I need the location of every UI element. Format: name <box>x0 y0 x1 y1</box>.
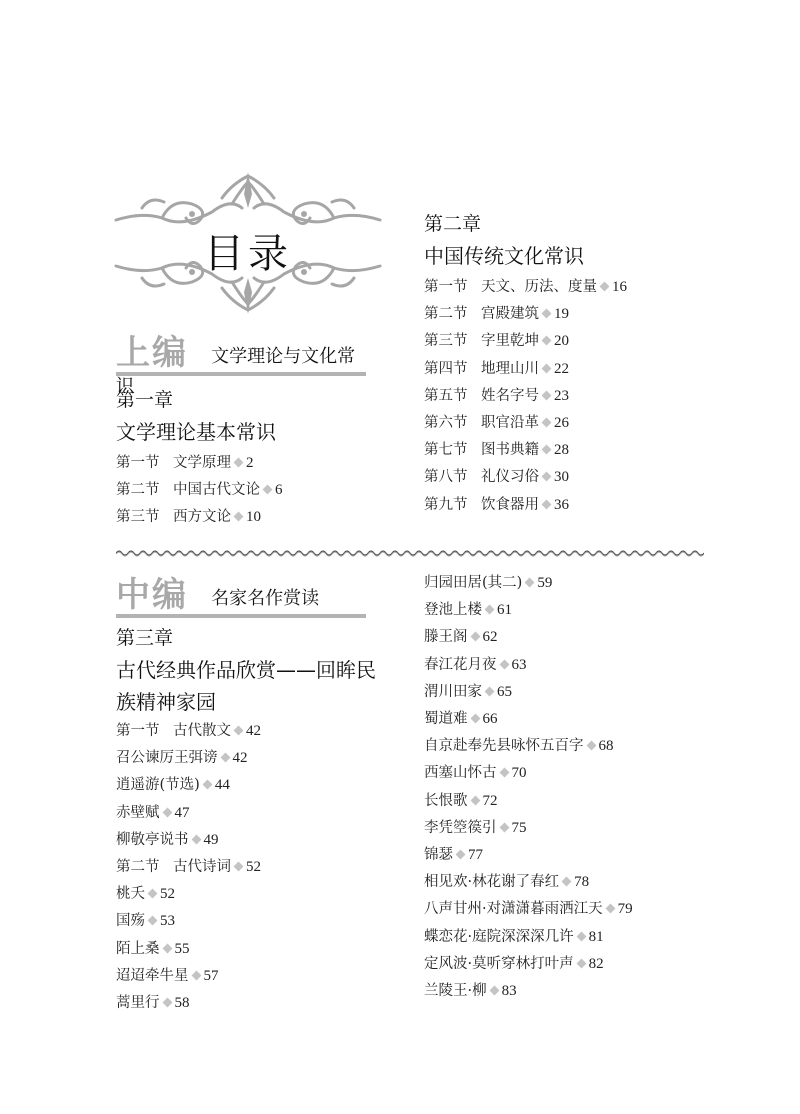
section-number: 第九节 <box>424 492 481 519</box>
page-number: 58 <box>175 995 190 1011</box>
toc-entry[interactable]: 归园田居(其二)59 <box>424 570 633 597</box>
diamond-icon <box>263 485 273 495</box>
diamond-icon <box>542 363 552 373</box>
section-number: 第三节 <box>424 328 481 355</box>
entry-title: 逍遥游(节选) <box>116 777 200 793</box>
entry-title: 天文、历法、度量 <box>481 279 597 295</box>
entry-title: 春江花月夜 <box>424 657 497 673</box>
section-number: 第七节 <box>424 437 481 464</box>
toc-entry[interactable]: 陌上桑55 <box>116 936 376 963</box>
toc-entry[interactable]: 第九节饮食器用36 <box>424 492 627 519</box>
page-number: 61 <box>497 602 512 618</box>
entry-title: 蜀道难 <box>424 711 468 727</box>
page-number: 57 <box>204 968 219 984</box>
toc-entry[interactable]: 第八节礼仪习俗30 <box>424 464 627 491</box>
toc-entry[interactable]: 第一节天文、历法、度量16 <box>424 274 627 301</box>
page-number: 81 <box>589 929 604 945</box>
entry-title: 定风波·莫听穿林打叶声 <box>424 956 574 972</box>
toc-entry[interactable]: 八声甘州·对潇潇暮雨洒江天79 <box>424 896 633 923</box>
toc-entry[interactable]: 蝶恋花·庭院深深深几许81 <box>424 924 633 951</box>
diamond-icon <box>542 418 552 428</box>
toc-entry[interactable]: 第四节地理山川22 <box>424 356 627 383</box>
entry-title: 饮食器用 <box>481 497 539 513</box>
toc-entry[interactable]: 自京赴奉先县咏怀五百字68 <box>424 733 633 760</box>
chapter-2: 第二章 中国传统文化常识 第一节天文、历法、度量16第二节宫殿建筑19第三节字里… <box>424 208 627 519</box>
page-number: 20 <box>554 333 569 349</box>
toc-entry[interactable]: 蜀道难66 <box>424 706 633 733</box>
page-number: 47 <box>175 805 190 821</box>
page-number: 78 <box>574 874 589 890</box>
toc-entry[interactable]: 第一节古代散文42 <box>116 718 376 745</box>
entry-title: 西塞山怀古 <box>424 765 497 781</box>
chapter-title-line2: 族精神家园 <box>116 686 376 718</box>
entry-title: 职官沿革 <box>481 415 539 431</box>
entry-title: 蝶恋花·庭院深深深几许 <box>424 929 574 945</box>
entry-title: 文学原理 <box>173 455 231 471</box>
section-number: 第八节 <box>424 464 481 491</box>
toc-entry[interactable]: 长恨歌72 <box>424 788 633 815</box>
entry-title: 国殇 <box>116 913 145 929</box>
part2-header: 中编 名家名作赏读 <box>116 576 366 618</box>
toc-entry[interactable]: 锦瑟77 <box>424 842 633 869</box>
entry-title: 锦瑟 <box>424 847 453 863</box>
chapter-title: 中国传统文化常识 <box>424 240 627 272</box>
diamond-icon <box>234 512 244 522</box>
chapter-number: 第一章 <box>116 384 283 416</box>
page-number: 28 <box>554 442 569 458</box>
entry-title: 李凭箜篌引 <box>424 820 497 836</box>
toc-entry[interactable]: 国殇53 <box>116 908 376 935</box>
section-number: 第二节 <box>116 477 173 504</box>
wavy-divider <box>116 548 704 558</box>
part1-header: 上编 文学理论与文化常识 <box>116 334 366 376</box>
chapter-title-line1: 古代经典作品欣赏——回眸民 <box>116 654 376 686</box>
entry-title: 滕王阁 <box>424 629 468 645</box>
section-number: 第六节 <box>424 410 481 437</box>
entry-title: 姓名字号 <box>481 388 539 404</box>
page-number: 66 <box>483 711 498 727</box>
diamond-icon <box>586 741 596 751</box>
toc-entry[interactable]: 召公谏厉王弭谤42 <box>116 745 376 772</box>
diamond-icon <box>470 632 480 642</box>
diamond-icon <box>470 795 480 805</box>
entry-title: 归园田居(其二) <box>424 575 522 591</box>
page-number: 26 <box>554 415 569 431</box>
entry-title: 迢迢牵牛星 <box>116 968 189 984</box>
diamond-icon <box>234 726 244 736</box>
diamond-icon <box>499 768 509 778</box>
toc-entry[interactable]: 李凭箜篌引75 <box>424 815 633 842</box>
diamond-icon <box>234 862 244 872</box>
diamond-icon <box>542 499 552 509</box>
section-number: 第五节 <box>424 383 481 410</box>
page-number: 53 <box>160 913 175 929</box>
entry-title: 古代散文 <box>173 723 231 739</box>
page-number: 30 <box>554 469 569 485</box>
section-number: 第一节 <box>424 274 481 301</box>
toc-entry[interactable]: 登池上楼61 <box>424 597 633 624</box>
section-number: 第四节 <box>424 356 481 383</box>
entry-title: 西方文论 <box>173 509 231 525</box>
diamond-icon <box>600 282 610 292</box>
diamond-icon <box>542 309 552 319</box>
diamond-icon <box>499 822 509 832</box>
page-number: 52 <box>160 886 175 902</box>
toc-title: 目录 <box>0 222 496 279</box>
page-number: 62 <box>483 629 498 645</box>
toc-entry[interactable]: 迢迢牵牛星57 <box>116 963 376 990</box>
entry-title: 中国古代文论 <box>173 482 260 498</box>
page-number: 72 <box>483 793 498 809</box>
toc-entry[interactable]: 第七节图书典籍28 <box>424 437 627 464</box>
diamond-icon <box>485 686 495 696</box>
section-number: 第二节 <box>424 301 481 328</box>
toc-entry[interactable]: 第二节中国古代文论6 <box>116 477 283 504</box>
page-number: 70 <box>512 765 527 781</box>
chapter-number: 第二章 <box>424 208 627 240</box>
entry-title: 礼仪习俗 <box>481 469 539 485</box>
section-number: 第二节 <box>116 854 173 881</box>
entry-title: 陌上桑 <box>116 941 160 957</box>
section-number: 第一节 <box>116 718 173 745</box>
diamond-icon <box>499 659 509 669</box>
page-number: 83 <box>502 983 517 999</box>
toc-entry[interactable]: 滕王阁62 <box>424 624 633 651</box>
toc-entry[interactable]: 第二节古代诗词52 <box>116 854 376 881</box>
diamond-icon <box>542 445 552 455</box>
page-number: 49 <box>204 832 219 848</box>
page-number: 75 <box>512 820 527 836</box>
entry-title: 图书典籍 <box>481 442 539 458</box>
page-number: 16 <box>612 279 627 295</box>
toc-entry[interactable]: 西塞山怀古70 <box>424 760 633 787</box>
diamond-icon <box>456 850 466 860</box>
toc-entry[interactable]: 第三节西方文论10 <box>116 504 283 531</box>
diamond-icon <box>148 889 158 899</box>
diamond-icon <box>162 943 172 953</box>
page-number: 42 <box>246 723 261 739</box>
entry-title: 渭川田家 <box>424 684 482 700</box>
entry-title: 赤壁赋 <box>116 805 160 821</box>
entry-title: 字里乾坤 <box>481 333 539 349</box>
page-number: 52 <box>246 859 261 875</box>
toc-entry[interactable]: 第二节宫殿建筑19 <box>424 301 627 328</box>
page-number: 10 <box>246 509 261 525</box>
diamond-icon <box>220 753 230 763</box>
chapter-number: 第三章 <box>116 622 376 654</box>
toc-entry[interactable]: 蒿里行58 <box>116 990 376 1017</box>
part1-label: 上编 <box>116 333 188 373</box>
toc-entry[interactable]: 兰陵王·柳83 <box>424 978 633 1005</box>
page-number: 19 <box>554 306 569 322</box>
page-number: 68 <box>599 738 614 754</box>
entry-title: 兰陵王·柳 <box>424 983 487 999</box>
chapter-title: 文学理论基本常识 <box>116 416 283 448</box>
page-number: 2 <box>246 455 254 471</box>
section-number: 第一节 <box>116 450 173 477</box>
entry-title: 地理山川 <box>481 361 539 377</box>
diamond-icon <box>562 877 572 887</box>
entry-title: 柳敬亭说书 <box>116 832 189 848</box>
diamond-icon <box>234 458 244 468</box>
diamond-icon <box>542 390 552 400</box>
toc-entry[interactable]: 赤壁赋47 <box>116 800 376 827</box>
entry-title: 登池上楼 <box>424 602 482 618</box>
entry-title: 相见欢·林花谢了春红 <box>424 874 559 890</box>
toc-entry[interactable]: 第六节职官沿革26 <box>424 410 627 437</box>
entry-title: 召公谏厉王弭谤 <box>116 750 218 766</box>
toc-entry[interactable]: 相见欢·林花谢了春红78 <box>424 869 633 896</box>
page-number: 42 <box>233 750 248 766</box>
page-number: 65 <box>497 684 512 700</box>
page-number: 23 <box>554 388 569 404</box>
toc-entry[interactable]: 第五节姓名字号23 <box>424 383 627 410</box>
entry-title: 古代诗词 <box>173 859 231 875</box>
diamond-icon <box>489 986 499 996</box>
diamond-icon <box>542 472 552 482</box>
page-number: 59 <box>537 575 552 591</box>
page-number: 36 <box>554 497 569 513</box>
page-number: 22 <box>554 361 569 377</box>
diamond-icon <box>576 931 586 941</box>
part2-label: 中编 <box>116 575 188 615</box>
toc-entry[interactable]: 春江花月夜63 <box>424 652 633 679</box>
diamond-icon <box>162 998 172 1008</box>
entry-title: 宫殿建筑 <box>481 306 539 322</box>
diamond-icon <box>542 336 552 346</box>
page-number: 44 <box>215 777 230 793</box>
toc-entry[interactable]: 逍遥游(节选)44 <box>116 772 376 799</box>
toc-entry[interactable]: 定风波·莫听穿林打叶声82 <box>424 951 633 978</box>
toc-entry[interactable]: 桃夭52 <box>116 881 376 908</box>
toc-entry[interactable]: 渭川田家65 <box>424 679 633 706</box>
entry-title: 八声甘州·对潇潇暮雨洒江天 <box>424 901 603 917</box>
chapter-1: 第一章 文学理论基本常识 第一节文学原理2第二节中国古代文论6第三节西方文论10 <box>116 384 283 532</box>
page-number: 55 <box>175 941 190 957</box>
diamond-icon <box>525 578 535 588</box>
diamond-icon <box>148 916 158 926</box>
page-number: 63 <box>512 657 527 673</box>
page-number: 6 <box>275 482 283 498</box>
entry-title: 自京赴奉先县咏怀五百字 <box>424 738 584 754</box>
diamond-icon <box>162 807 172 817</box>
diamond-icon <box>470 714 480 724</box>
toc-entry[interactable]: 柳敬亭说书49 <box>116 827 376 854</box>
diamond-icon <box>485 605 495 615</box>
diamond-icon <box>576 958 586 968</box>
entry-title: 桃夭 <box>116 886 145 902</box>
diamond-icon <box>202 780 212 790</box>
diamond-icon <box>191 970 201 980</box>
chapter-3: 第三章 古代经典作品欣赏——回眸民 族精神家园 第一节古代散文42召公谏厉王弭谤… <box>116 622 376 1017</box>
diamond-icon <box>605 904 615 914</box>
part2-subtitle: 名家名作赏读 <box>211 588 319 609</box>
toc-entry[interactable]: 第三节字里乾坤20 <box>424 328 627 355</box>
page-number: 79 <box>618 901 633 917</box>
page-number: 82 <box>589 956 604 972</box>
section-number: 第三节 <box>116 504 173 531</box>
entry-title: 长恨歌 <box>424 793 468 809</box>
chapter-3-continued: 归园田居(其二)59登池上楼61滕王阁62春江花月夜63渭川田家65蜀道难66自… <box>424 570 633 1005</box>
page-number: 77 <box>468 847 483 863</box>
entry-title: 蒿里行 <box>116 995 160 1011</box>
diamond-icon <box>191 834 201 844</box>
toc-entry[interactable]: 第一节文学原理2 <box>116 450 283 477</box>
